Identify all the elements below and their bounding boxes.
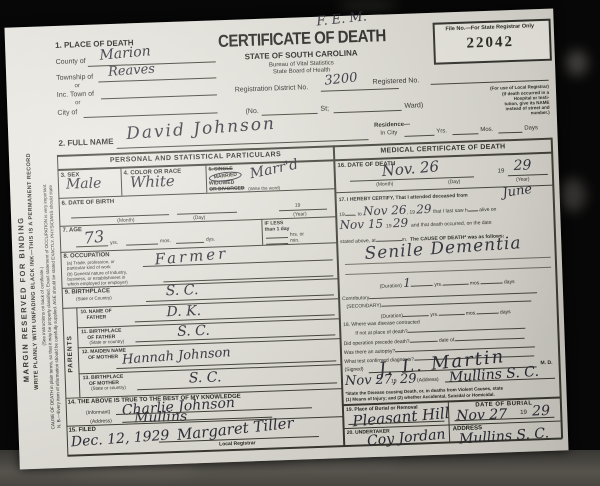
registration-district-label: Registration District No. [235, 84, 309, 95]
blank-line [404, 135, 434, 137]
certify-statement-line2: 19, to Nov 26, 19 29 that I last saw h a… [339, 204, 496, 218]
township-value: Reaves [108, 62, 156, 80]
address-hint: (Address) [417, 377, 439, 384]
father-name-value: D. K. [166, 303, 201, 320]
signature-year-value: 29 [400, 372, 417, 388]
sex-value: Male [66, 175, 102, 192]
registered-no-label: Registered No. [372, 77, 419, 87]
color-race-value: White [130, 172, 175, 192]
blank-line [126, 243, 158, 245]
cell-divider [120, 168, 122, 196]
in-city-label: In City [380, 130, 397, 138]
blank-line [452, 133, 478, 135]
registration-district-value: 3200 [324, 70, 358, 88]
marital-value: Marr'd [248, 156, 299, 182]
parents-group-label: PARENTS [65, 312, 75, 396]
birthplace-hint: (State or Country) [76, 295, 112, 302]
inc-town-label: Inc. Town of [57, 91, 94, 100]
full-name-value: David Johnson [126, 114, 277, 144]
township-label: Township of [56, 74, 93, 83]
signed-label: (Signed) [345, 366, 364, 373]
cell-divider [205, 165, 207, 193]
year-19-print: 19 [498, 168, 505, 175]
duration-line-2: (Duration) yrs. mos. days [381, 306, 511, 320]
mother-maiden-name-label: OF MOTHER [88, 354, 118, 361]
residence-label: Residence— [374, 122, 410, 130]
blank-line [177, 212, 237, 215]
certificate-paper: MARGIN RESERVED FOR BINDING WRITE PLAINL… [4, 9, 568, 470]
father-name-label: FATHER [87, 314, 107, 321]
background-smudge [560, 178, 586, 212]
city-label: City of [57, 109, 77, 118]
county-value: Marion [99, 43, 151, 63]
mother-birthplace-value: S. C. [189, 369, 222, 386]
blank-line [266, 237, 288, 239]
or-label: or [74, 83, 80, 90]
age-yrs-label: yrs. [110, 240, 118, 246]
birthplace-value: S. C. [165, 282, 198, 299]
form-border-right [551, 138, 563, 439]
or-label: or [75, 100, 81, 107]
blank-line [176, 242, 204, 244]
signature-date-value: Nov 27, [345, 372, 397, 389]
if-less-label: than 1 day [265, 226, 290, 233]
writing-rule [345, 267, 551, 275]
certify-from-value: June [502, 182, 533, 201]
date-of-birth-label: 6. DATE OF BIRTH [62, 199, 115, 208]
certify-statement-line1: 17. I HEREBY CERTIFY, That I attended de… [339, 193, 468, 204]
blank-line [76, 245, 108, 247]
age-dys-label: dys. [206, 236, 215, 242]
age-label: 7. AGE [62, 227, 82, 235]
father-birthplace-value: S. C. [177, 323, 210, 340]
yrs-label: Yrs. [436, 128, 447, 135]
ward-label: Ward) [404, 102, 423, 111]
age-mos-label: mos. [160, 238, 171, 244]
informant-hint: (Informant) [86, 409, 111, 416]
date-of-death-value: Nov. 26 [381, 157, 440, 180]
md-label: M. D. [540, 360, 552, 366]
day-hint: (Day) [448, 179, 460, 185]
local-registrar-title: Local Registrar [219, 440, 256, 447]
blank-line [101, 94, 217, 99]
days-label: Days [524, 125, 538, 132]
background-smudge [566, 50, 588, 76]
father-birthplace-hint: (State or country) [89, 339, 124, 346]
background-smudge [338, 2, 398, 10]
blank-line [84, 112, 218, 118]
month-hint: (Month) [376, 181, 393, 188]
certify-statement-line3: Nov 15 19 29 and that death occurred, on… [339, 217, 491, 231]
blank-line [334, 110, 402, 113]
date-of-burial-value: Nov 27 [456, 406, 507, 424]
street-label: St; [320, 105, 329, 113]
cell-divider [76, 307, 80, 397]
scanned-death-certificate: MARGIN RESERVED FOR BINDING WRITE PLAINL… [0, 0, 600, 486]
full-name-label: 2. FULL NAME [58, 137, 113, 148]
date-of-death-year-value: 29 [513, 157, 531, 174]
year-19-print: 19 [295, 202, 301, 208]
mother-birthplace-hint: (State or country) [91, 385, 126, 392]
year-19-print: 19 [391, 378, 397, 384]
county-label: County of [56, 58, 86, 67]
blank-line [321, 88, 399, 92]
mos-label: Mos. [480, 127, 493, 134]
blank-line [498, 132, 522, 134]
year-19-print: 19 [520, 410, 527, 417]
cell-divider [261, 219, 263, 245]
